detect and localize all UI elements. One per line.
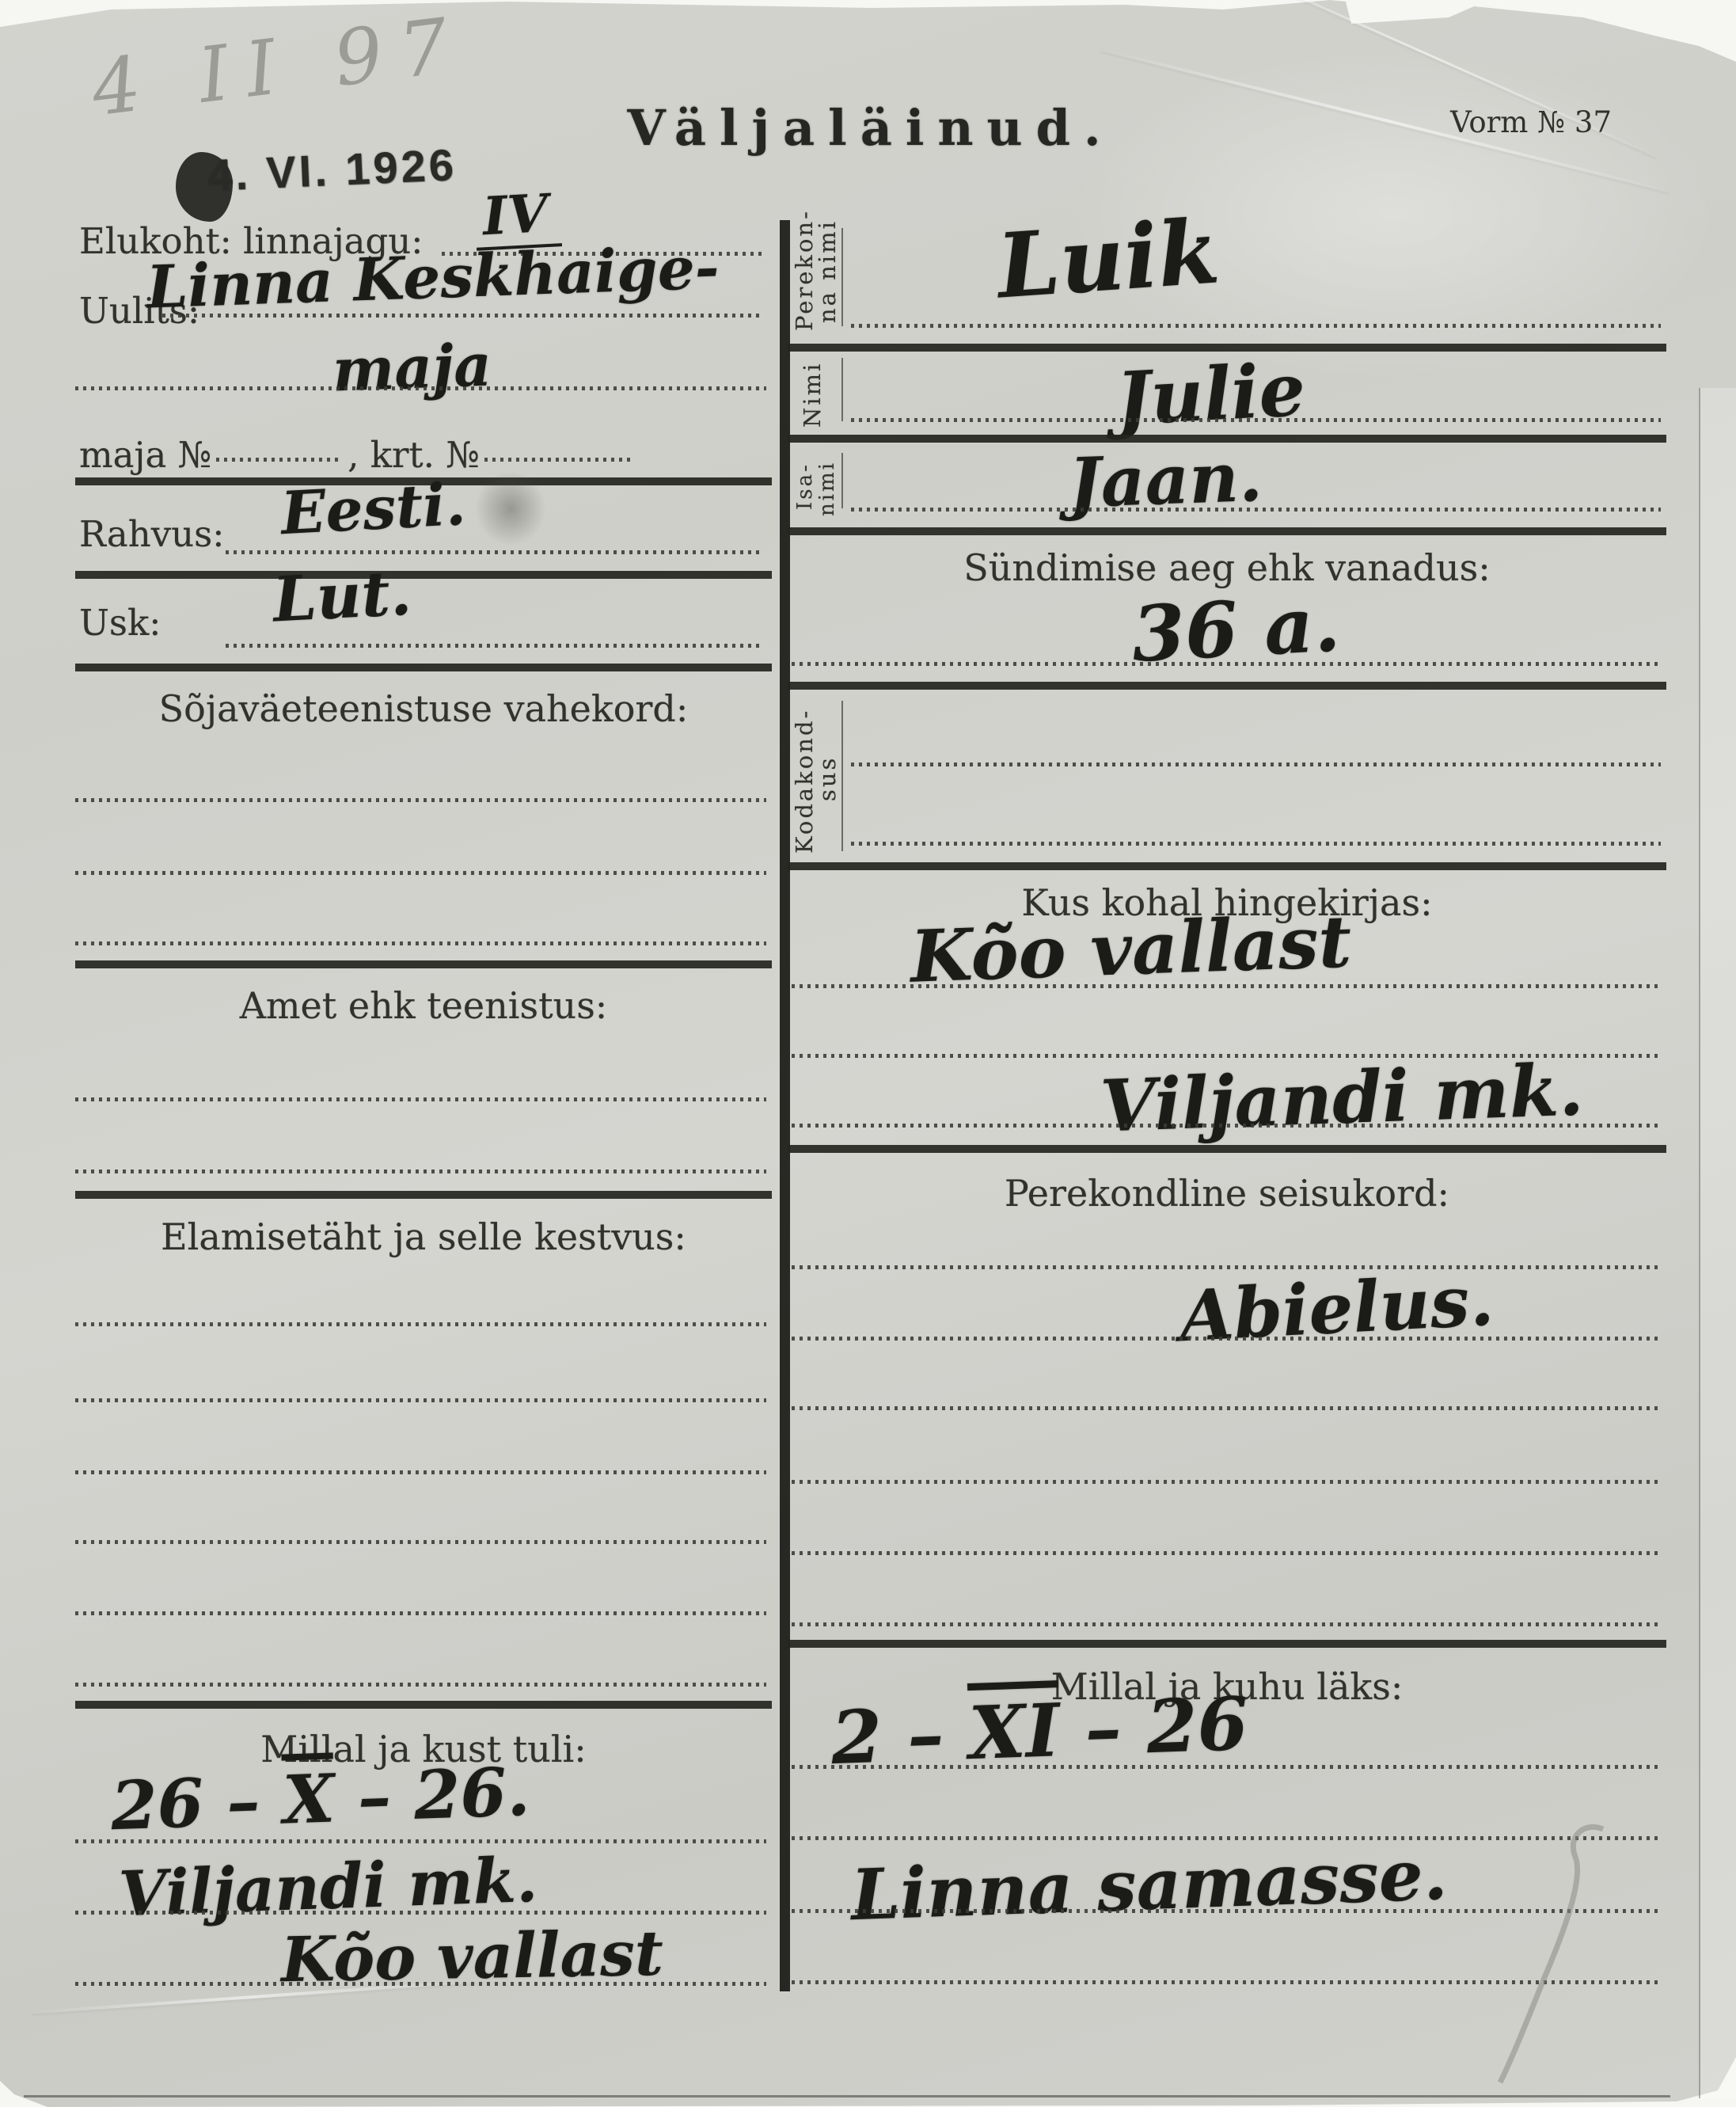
rahvus-label: Rahvus:	[79, 513, 224, 555]
divider-rule	[788, 682, 1666, 690]
divider-rule	[788, 527, 1666, 535]
nimi-value: Julie	[1114, 347, 1307, 442]
dotted-line	[75, 1097, 766, 1101]
dotted-line	[75, 1683, 766, 1687]
seisukord-value: Abielus.	[1178, 1259, 1496, 1358]
maja-no-label: maja №	[79, 434, 211, 476]
divider-rule	[788, 1145, 1666, 1153]
dotted-line	[792, 1551, 1658, 1555]
tuli-date-roman: X	[282, 1759, 336, 1839]
dotted-line	[75, 1911, 766, 1915]
dotted-line	[484, 458, 631, 462]
divider-rule	[75, 664, 772, 671]
dotted-line	[851, 418, 1661, 422]
dotted-line	[792, 1765, 1658, 1769]
page-title: Väljaläinud.	[515, 99, 1227, 157]
dotted-line	[792, 1337, 1658, 1341]
kodakondsus-label-line2: sus	[816, 756, 839, 801]
usk-label: Usk:	[79, 602, 161, 644]
dotted-line	[75, 1398, 766, 1402]
nimi-label: Nimi	[801, 362, 824, 428]
dotted-line	[851, 508, 1661, 512]
divider-rule	[75, 1191, 772, 1199]
dotted-line	[792, 662, 1658, 666]
hingekirjas-value2: Viljandi mk.	[1099, 1048, 1585, 1148]
dotted-line	[75, 1540, 766, 1544]
tuli-value2: Viljandi mk.	[118, 1844, 539, 1930]
isanimi-label-line2: nimi	[817, 461, 838, 516]
tuli-date-value: 26 – X – 26.	[109, 1752, 530, 1845]
dotted-line	[216, 458, 343, 462]
divider-rule	[788, 862, 1666, 870]
tuli-date-pre: 26 –	[109, 1761, 284, 1846]
perekonnanimi-label-line2: na nimi	[816, 219, 839, 323]
label-separator-line	[841, 453, 843, 508]
dotted-line	[792, 1480, 1658, 1484]
dotted-line	[851, 842, 1661, 846]
dotted-line	[75, 1470, 766, 1474]
tuli-date-post: – 26.	[333, 1752, 531, 1838]
dotted-line	[851, 763, 1661, 766]
maja-krt-row: maja №, krt. №	[79, 434, 636, 476]
label-separator-line	[841, 701, 843, 851]
uulits-value-line2: maja	[332, 332, 493, 405]
form-number: Vorm № 37	[1450, 105, 1612, 139]
isanimi-label-line1: Isa-	[795, 462, 815, 510]
paper-fold-strip	[1700, 388, 1736, 2098]
kodakondsus-label-line1: Kodakond-	[793, 709, 816, 854]
dotted-line	[75, 1322, 766, 1326]
amet-header: Amet ehk teenistus:	[75, 984, 772, 1027]
date-stamp: 4. VI. 1926	[207, 139, 458, 201]
scanned-document: 4 II 97 4. VI. 1926 Väljaläinud. Vorm № …	[0, 0, 1736, 2107]
laks-date-post: – 26	[1058, 1681, 1250, 1773]
dotted-line	[75, 941, 766, 945]
dotted-line	[75, 798, 766, 802]
elamistaht-header: Elamisetäht ja selle kestvus:	[75, 1215, 772, 1258]
perekonnanimi-value: Luik	[994, 200, 1223, 318]
ink-blot	[475, 471, 546, 546]
laks-date-roman: XI	[967, 1687, 1061, 1776]
krt-no-label: , krt. №	[348, 434, 480, 476]
dotted-line	[792, 984, 1658, 988]
dotted-line	[792, 1124, 1658, 1128]
label-separator-line	[841, 228, 843, 326]
dotted-line	[75, 386, 766, 390]
dotted-line	[792, 1265, 1658, 1269]
dotted-line	[792, 1622, 1658, 1626]
divider-rule	[75, 571, 772, 579]
seisukord-header: Perekondline seisukord:	[792, 1172, 1662, 1215]
divider-rule	[788, 1640, 1666, 1648]
dotted-line	[851, 324, 1661, 328]
sojavae-header: Sõjaväeteenistuse vahekord:	[75, 687, 772, 730]
divider-rule	[75, 960, 772, 968]
usk-value: Lut.	[272, 557, 413, 636]
dotted-line	[226, 550, 764, 554]
divider-rule	[75, 1701, 772, 1709]
label-separator-line	[841, 358, 843, 421]
dotted-line	[226, 644, 764, 648]
dotted-line	[792, 1406, 1658, 1410]
perekonnanimi-label-line1: Perekon-	[793, 209, 816, 331]
dotted-line	[75, 1839, 766, 1843]
dotted-line	[75, 1169, 766, 1173]
paper-bottom-edge	[24, 2095, 1670, 2097]
sundimise-header: Sündimise aeg ehk vanadus:	[792, 546, 1662, 589]
dotted-line	[75, 871, 766, 875]
rahvus-value: Eesti.	[279, 470, 467, 548]
column-divider	[780, 220, 790, 1991]
pencil-squiggle	[1457, 1813, 1639, 2090]
dotted-line	[75, 1611, 766, 1615]
dotted-line	[75, 1982, 766, 1986]
